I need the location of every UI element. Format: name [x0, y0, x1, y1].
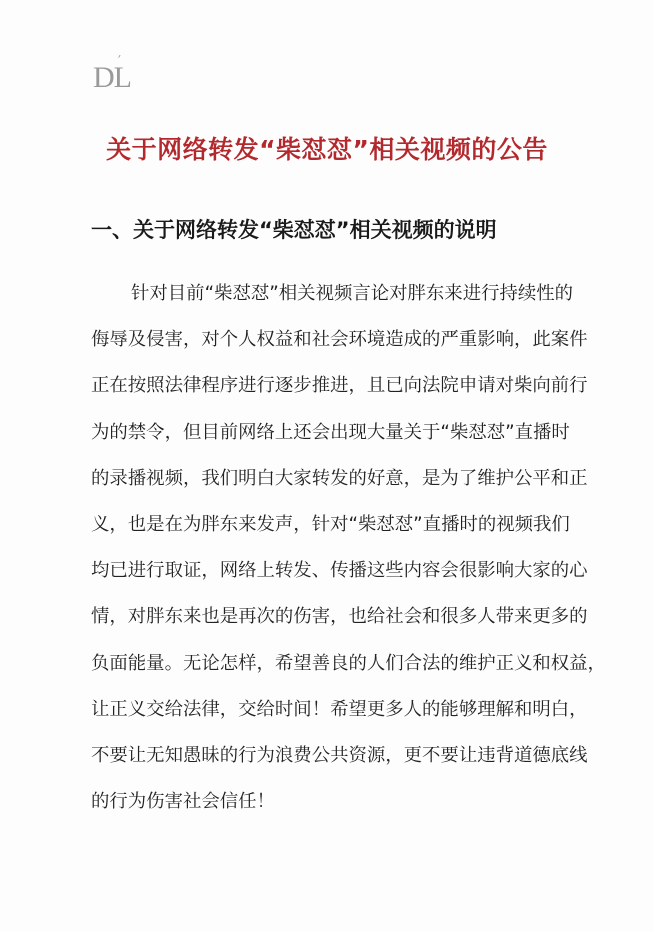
paragraph-line: 义，也是在为胖东来发声，针对“柴怼怼”直播时的视频我们 — [91, 502, 569, 548]
paragraph-line: 针对目前“柴怼怼”相关视频言论对胖东来进行持续性的 — [91, 271, 569, 317]
paragraph-line: 均已进行取证，网络上转发、传播这些内容会很影响大家的心 — [91, 548, 569, 594]
paragraph-line: 侮辱及侵害，对个人权益和社会环境造成的严重影响，此案件 — [91, 317, 569, 363]
paragraph-line: 正在按照法律程序进行逐步推进，且已向法院申请对柴向前行 — [91, 363, 569, 409]
paragraph-line: 不要让无知愚昧的行为浪费公共资源，更不要让违背道德底线 — [91, 733, 569, 779]
paragraph-line: 情，对胖东来也是再次的伤害，也给社会和很多人带来更多的 — [91, 594, 569, 640]
announcement-paragraph: 针对目前“柴怼怼”相关视频言论对胖东来进行持续性的 侮辱及侵害，对个人权益和社会… — [91, 271, 569, 825]
paragraph-line: 的录播视频，我们明白大家转发的好意，是为了维护公平和正 — [91, 456, 569, 502]
document-title: 关于网络转发“柴怼怼”相关视频的公告 — [0, 134, 654, 166]
paragraph-line: 让正义交给法律，交给时间！希望更多人的能够理解和明白， — [91, 687, 569, 733]
logo-text: DL — [93, 61, 131, 94]
paragraph-line: 为的禁令，但目前网络上还会出现大量关于“柴怼怼”直播时 — [91, 410, 569, 456]
company-logo: DL ˊ — [93, 63, 131, 93]
paragraph-line: 负面能量。无论怎样，希望善良的人们合法的维护正义和权益， — [91, 641, 569, 687]
paragraph-line: 的行为伤害社会信任！ — [91, 779, 569, 825]
section-heading: 一、关于网络转发“柴怼怼”相关视频的说明 — [91, 215, 497, 245]
